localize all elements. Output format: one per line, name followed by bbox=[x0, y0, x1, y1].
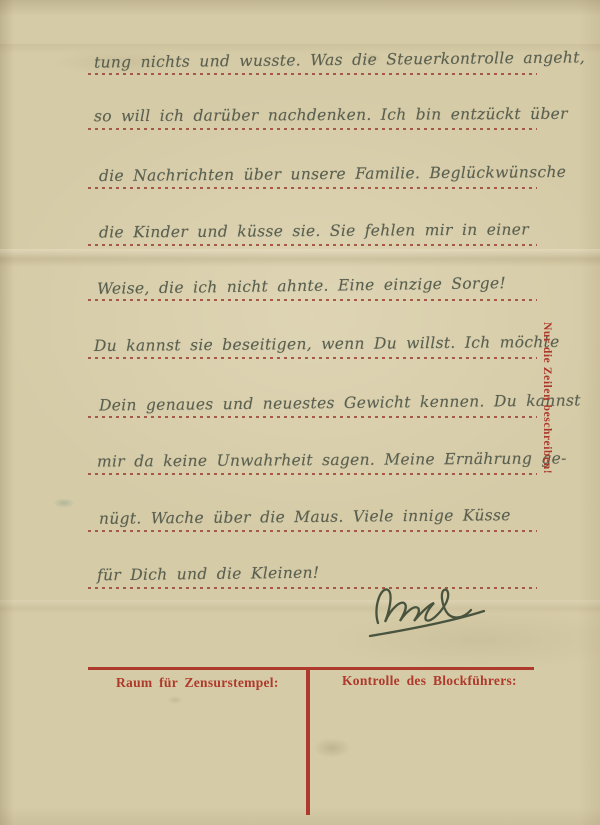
handwritten-line: mir da keine Unwahrheit sagen. Meine Ern… bbox=[97, 449, 567, 470]
ruled-line bbox=[88, 73, 537, 75]
handwritten-line: tung nichts und wusste. Was die Steuerko… bbox=[94, 48, 585, 71]
ruled-line bbox=[88, 416, 537, 418]
handwritten-line: die Kinder und küsse sie. Sie fehlen mir… bbox=[99, 220, 529, 241]
form-top-rule bbox=[88, 667, 534, 670]
signature-autograph bbox=[358, 577, 498, 647]
handwritten-line: Weise, die ich nicht ahnte. Eine einzige… bbox=[97, 274, 506, 298]
handwritten-line: nügt. Wache über die Maus. Viele innige … bbox=[99, 506, 511, 528]
ruled-line bbox=[88, 244, 537, 246]
margin-instruction: Nur die Zeilen beschreiben! bbox=[541, 322, 553, 497]
handwritten-line: Dein genaues und neuestes Gewicht kennen… bbox=[99, 391, 581, 414]
ruled-line bbox=[88, 187, 537, 189]
fold-crease-lower bbox=[0, 600, 600, 614]
handwritten-line: Du kannst sie beseitigen, wenn Du willst… bbox=[94, 333, 560, 355]
fold-crease-middle bbox=[0, 249, 600, 267]
ruled-line bbox=[88, 473, 537, 475]
handwritten-line: die Nachrichten über unsere Familie. Beg… bbox=[99, 163, 566, 185]
blockfuehrer-control-label: Kontrolle des Blockführers: bbox=[342, 673, 517, 689]
letter-page: tung nichts und wusste. Was die Steuerko… bbox=[0, 0, 600, 825]
form-divider-rule bbox=[306, 667, 310, 815]
ruled-line bbox=[88, 128, 537, 130]
censor-stamp-label: Raum für Zensurstempel: bbox=[116, 675, 279, 691]
ruled-line bbox=[88, 530, 537, 532]
ruled-line bbox=[88, 299, 537, 301]
ruled-line bbox=[88, 357, 537, 359]
handwritten-line: für Dich und die Kleinen! bbox=[97, 564, 320, 585]
handwritten-line: so will ich darüber nachdenken. Ich bin … bbox=[94, 105, 568, 125]
